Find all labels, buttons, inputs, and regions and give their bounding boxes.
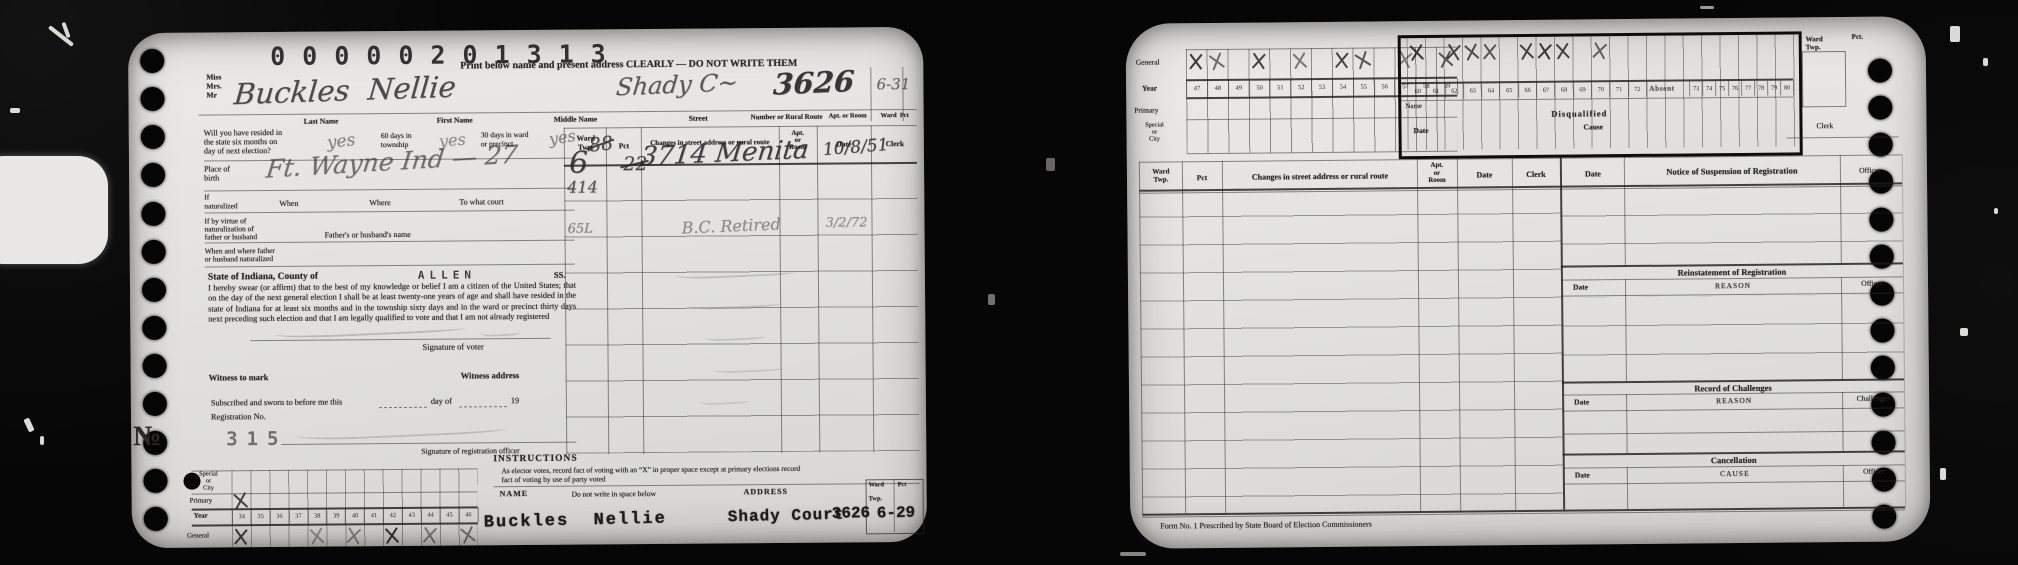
entry-crossed-88: 88 xyxy=(588,132,615,157)
label-registration-no: Registration No. xyxy=(211,412,266,421)
vote-x-mark xyxy=(234,528,247,546)
label-virtue: father or husband xyxy=(205,232,258,241)
form-footer: Form No. 1 Prescribed by State Board of … xyxy=(1160,520,1372,531)
col-twp: Twp. xyxy=(1154,175,1169,183)
q-resided-state: day of next election? xyxy=(204,146,271,156)
film-artifact-blob xyxy=(0,156,108,264)
vote-x-mark xyxy=(1354,50,1371,70)
officer-signature-scrawl xyxy=(296,419,506,442)
vote-x-mark xyxy=(1293,52,1307,70)
vote-x-mark xyxy=(1538,42,1552,60)
film-speck xyxy=(1700,6,1714,9)
vote-x-mark xyxy=(1557,42,1570,60)
label-address: ADDRESS xyxy=(744,487,788,496)
year-cell: 60 xyxy=(1409,84,1427,99)
label-father-husband-name: Father's or husband's name xyxy=(325,230,411,240)
print-notice: Print below name and present address CLE… xyxy=(460,58,797,72)
vote-x-mark xyxy=(423,526,437,544)
label-challenges-reason: REASON xyxy=(1626,395,1842,406)
rule xyxy=(205,264,575,268)
rule xyxy=(1562,430,1904,434)
table-row-rules xyxy=(1560,185,1903,264)
label-last-name: Last Name xyxy=(304,116,339,125)
year-cell: 38 xyxy=(308,509,327,524)
punch-hole xyxy=(140,87,164,111)
blank-line xyxy=(379,407,427,408)
year-cell: 69 xyxy=(1574,82,1592,97)
rowlabel-year: Year xyxy=(194,512,208,520)
year-cell: 43 xyxy=(403,508,422,523)
year-cell: 49 xyxy=(1229,81,1250,97)
label-place-of-birth: birth xyxy=(204,173,219,182)
col-ward: Ward xyxy=(1152,167,1169,175)
table-row-rules xyxy=(564,163,919,454)
year-cell: 77 xyxy=(1742,81,1755,96)
rowlabel-primary: Primary xyxy=(190,496,213,504)
rowlabel-city: City xyxy=(1149,136,1160,143)
label-disqualified: Disqualified xyxy=(1551,108,1607,119)
rule xyxy=(281,442,576,445)
year-cell: 46 xyxy=(459,507,478,522)
county-stamp: ALLEN xyxy=(418,268,476,281)
registration-number-stamp: 315 xyxy=(226,428,287,450)
vote-x-mark xyxy=(460,525,475,544)
film-speck xyxy=(1960,328,1968,336)
label-challenges-date: Date xyxy=(1574,397,1589,406)
year-cell: 74 xyxy=(1703,81,1716,96)
label-box-date: Date xyxy=(1413,126,1428,135)
section-title-suspension: Notice of Suspension of Registration xyxy=(1627,165,1837,177)
year-cell: 78 xyxy=(1755,81,1768,96)
rule xyxy=(204,210,574,214)
punch-hole xyxy=(140,49,164,73)
label-first-name: First Name xyxy=(437,115,473,124)
vote-x-mark xyxy=(1464,43,1479,62)
vote-x-mark xyxy=(309,527,323,545)
affidavit-body: I hereby swear (or affirm) that to the b… xyxy=(208,281,576,325)
label-where: Where xyxy=(369,198,390,207)
typed-number: 3626 xyxy=(832,504,871,523)
rowlabel-special-or-city: Special or City xyxy=(187,470,229,491)
divider xyxy=(870,67,871,121)
vote-x-mark xyxy=(347,527,361,546)
vote-x-mark xyxy=(1483,43,1496,61)
instructions-line2: fact of voting by use of party voted xyxy=(501,472,925,484)
year-cell: 80 xyxy=(1781,80,1794,95)
no-symbol: № xyxy=(133,421,161,453)
film-speck xyxy=(23,417,34,432)
film-speck xyxy=(1983,58,1988,66)
entry-ward-3: 65L xyxy=(567,221,592,236)
year-cell: 53 xyxy=(1312,80,1333,96)
label-clerk: Clerk xyxy=(1816,121,1833,130)
table-rule xyxy=(564,125,917,129)
year-cell: 72 xyxy=(1629,82,1647,97)
rule xyxy=(205,240,575,244)
label-19: 19 xyxy=(511,396,519,405)
salutation-mrs: Mrs. xyxy=(206,81,221,90)
table-row-rules xyxy=(1561,294,1904,377)
label-corner-ward: Ward xyxy=(1806,35,1823,43)
rowlabel-city: City xyxy=(203,484,214,491)
typed-name: Buckles Nellie xyxy=(484,510,667,533)
year-cell: 75 xyxy=(1716,81,1729,96)
rowlabel-year: Year xyxy=(1142,84,1157,93)
q-30-days: 30 days in ward xyxy=(481,130,529,139)
label-number-rural: Number or Rural Route xyxy=(751,113,823,122)
microfilm-scan: 00000201313 Print below name and present… xyxy=(0,0,2018,565)
entry-ward-2: 414 xyxy=(567,177,598,196)
voter-signature-scrawl xyxy=(480,325,520,337)
vote-x-mark xyxy=(385,527,398,545)
label-place-of-birth: Place of xyxy=(204,164,230,173)
film-speck xyxy=(1950,26,1960,42)
year-cell: 56 xyxy=(1375,79,1396,95)
typed-street: Shady Court xyxy=(728,506,845,527)
year-cell: 34 xyxy=(233,509,252,524)
rowlabel-primary: Primary xyxy=(1134,106,1158,115)
label-ward-small: Ward xyxy=(869,481,884,488)
general-vote-marks xyxy=(232,524,478,547)
label-street: Street xyxy=(689,114,708,123)
year-cell: 73 xyxy=(1690,81,1703,96)
col-changes: Changes in street address or rural route xyxy=(1225,171,1415,182)
registration-card-back: General Year Primary Special or City 474… xyxy=(1125,16,1930,549)
vote-x-mark xyxy=(1410,44,1424,62)
year-cell: 35 xyxy=(252,509,271,524)
blank-line xyxy=(459,406,507,407)
typed-ward-pct: 6-29 xyxy=(877,504,916,523)
year-cell: 45 xyxy=(441,508,460,523)
label-cancellation-officer: Officer xyxy=(1843,466,1905,476)
rowlabel-general: General xyxy=(1136,58,1160,67)
year-cell: 48 xyxy=(1208,81,1229,97)
punch-hole xyxy=(142,316,166,340)
film-speck xyxy=(1994,208,1998,214)
year-cell: 37 xyxy=(289,509,308,524)
entry-date-1: 10/8/51 xyxy=(822,135,889,160)
label-when: When xyxy=(279,199,298,208)
rule xyxy=(1563,480,1905,484)
handwritten-name: Buckles Nellie xyxy=(233,70,458,112)
rule xyxy=(204,188,574,192)
film-speck xyxy=(10,108,20,113)
vote-x-mark xyxy=(1335,51,1348,69)
year-cell: 64 xyxy=(1482,83,1500,98)
general-vote-marks-60-72 xyxy=(1401,38,1793,80)
salutation-mr: Mr xyxy=(206,90,216,99)
punch-hole xyxy=(142,240,166,264)
col-or: or xyxy=(1434,169,1440,176)
label-if-naturalized: naturalized xyxy=(204,201,237,210)
year-cell: 65 xyxy=(1501,83,1519,98)
punch-hole xyxy=(141,125,165,149)
year-cell: 36 xyxy=(271,509,290,524)
q-60-days: 60 days in xyxy=(381,131,412,140)
label-cancellation-cause: CAUSE xyxy=(1627,468,1843,479)
salutation-miss: Miss xyxy=(206,72,221,81)
year-cell: 51 xyxy=(1270,80,1291,96)
label-witness-to-mark: Witness to mark xyxy=(209,372,269,382)
entry-ward-1: 6 xyxy=(569,146,588,181)
col-ward-twp: Ward Twp. xyxy=(1141,167,1181,183)
registration-card-front: 00000201313 Print below name and present… xyxy=(128,27,927,548)
punch-hole xyxy=(1868,58,1892,82)
label-box-cause: Cause xyxy=(1583,122,1603,131)
label-corner-twp: Twp. xyxy=(1806,43,1821,51)
vote-x-mark xyxy=(1190,53,1203,70)
year-cell: 63 xyxy=(1464,83,1482,98)
affidavit-heading: State of Indiana, County of xyxy=(208,272,318,283)
year-row-73-80: 7374757677787980 xyxy=(1689,80,1794,96)
handwritten-birthplace: Ft. Wayne Ind — 27 xyxy=(264,140,519,184)
label-challenger: Challenger xyxy=(1842,393,1904,403)
label-if-naturalized: If xyxy=(204,192,209,201)
punch-hole xyxy=(143,354,167,378)
punch-hole xyxy=(1868,96,1892,120)
col-clerk: Clerk xyxy=(1514,170,1558,179)
handwritten-ward-pct: 6-31 xyxy=(876,75,910,93)
label-reinstatement-officer: Officer xyxy=(1841,278,1903,288)
year-cell: 79 xyxy=(1768,81,1781,96)
label-corner-pct: Pct. xyxy=(1852,33,1864,41)
year-cell: 52 xyxy=(1291,80,1312,96)
table-row-rules xyxy=(1139,186,1563,514)
disqualified-box: 60616263646566676869707172 Absent 737475… xyxy=(1398,31,1803,159)
punch-hole xyxy=(141,163,165,187)
corner-box xyxy=(1802,51,1847,107)
label-twp-small: Twp. xyxy=(869,495,882,502)
instructions-heading: INSTRUCTIONS xyxy=(493,454,577,465)
label-pct-small: Pct xyxy=(898,481,907,488)
year-cell: 39 xyxy=(327,508,346,523)
rowlabel-or: or xyxy=(1152,129,1157,136)
vote-x-mark xyxy=(1520,42,1534,60)
label-ss: SS. xyxy=(554,270,566,280)
year-cell: 54 xyxy=(1333,80,1354,96)
label-father-naturalized: or husband naturalized xyxy=(205,254,273,264)
year-cell: 42 xyxy=(384,508,403,523)
vote-x-mark xyxy=(1252,52,1266,70)
col-apt: Apt. xyxy=(1431,162,1444,169)
rowlabel-general: General xyxy=(187,532,209,540)
film-speck xyxy=(1940,468,1946,480)
year-cell: 41 xyxy=(365,508,384,523)
year-cell: 47 xyxy=(1187,81,1208,97)
label-signature-of-voter: Signature of voter xyxy=(422,341,483,351)
film-speck xyxy=(40,436,44,445)
label-apt-room: Apt. or Room xyxy=(829,112,867,119)
punch-holes-left xyxy=(140,49,170,531)
vote-x-mark xyxy=(233,491,247,510)
entry-date-3: 3/2/72 xyxy=(825,215,867,230)
vote-x-mark xyxy=(1446,43,1460,61)
year-cell: 50 xyxy=(1250,80,1271,96)
label-reinstatement-reason: REASON xyxy=(1625,280,1841,291)
label-ward-pct: Ward Pct xyxy=(881,112,909,119)
label-middle-name: Middle Name xyxy=(554,114,598,123)
year-cell: 66 xyxy=(1519,83,1537,98)
film-speck xyxy=(1046,158,1055,171)
vote-x-mark xyxy=(1209,52,1225,71)
handwritten-street: Shady C~ xyxy=(615,68,739,101)
year-cell: 68 xyxy=(1555,83,1573,98)
year-cell: 55 xyxy=(1354,79,1375,95)
vote-x-mark xyxy=(1592,41,1607,60)
film-speck xyxy=(1120,552,1146,556)
label-do-not-write: Do not write in space below xyxy=(572,489,656,499)
year-cell: 62 xyxy=(1446,84,1464,99)
col-pct: Pct xyxy=(1184,173,1220,182)
label-witness-address: Witness address xyxy=(461,370,520,380)
punch-hole xyxy=(141,201,165,225)
year-cell: 40 xyxy=(346,508,365,523)
label-cancellation-date: Date xyxy=(1575,470,1590,479)
signature-line xyxy=(250,338,550,341)
col-date: Date xyxy=(1459,170,1510,179)
punch-hole xyxy=(142,278,166,302)
col-date-2: Date xyxy=(1564,169,1622,179)
year-row-60-72: 60616263646566676869707172 xyxy=(1409,82,1647,99)
col-apt-room: Apt. or Room xyxy=(1419,162,1455,185)
year-cell: 44 xyxy=(422,508,441,523)
year-cell: 61 xyxy=(1427,84,1445,99)
primary-vote-marks xyxy=(232,488,478,508)
rule xyxy=(1562,407,1904,411)
year-cell: 76 xyxy=(1729,81,1742,96)
label-name: NAME xyxy=(500,489,529,498)
year-cell: 67 xyxy=(1537,83,1555,98)
rowlabel-special-or-city: Special or City xyxy=(1134,121,1174,142)
year-cell: 70 xyxy=(1592,82,1610,97)
col-officer: Officer xyxy=(1841,165,1899,175)
punch-hole xyxy=(143,469,167,493)
punch-hole xyxy=(144,507,168,531)
year-row-left: 34353637383940414243444546 xyxy=(232,507,479,524)
label-box-name: Name xyxy=(1405,102,1422,110)
punch-hole xyxy=(143,392,167,416)
label-subscribed-sworn: Subscribed and sworn to before me this xyxy=(211,397,342,407)
film-speck xyxy=(988,294,995,305)
col-room: Room xyxy=(1428,177,1445,184)
label-day-of: day of xyxy=(431,397,452,406)
year-cell: 71 xyxy=(1610,82,1628,97)
absent-note: Absent xyxy=(1649,84,1675,93)
rowlabel-or: or xyxy=(206,477,211,484)
label-to-what-court: To what court xyxy=(459,197,503,206)
label-reinstatement-date: Date xyxy=(1573,282,1588,291)
handwritten-number: 3626 xyxy=(772,64,855,101)
